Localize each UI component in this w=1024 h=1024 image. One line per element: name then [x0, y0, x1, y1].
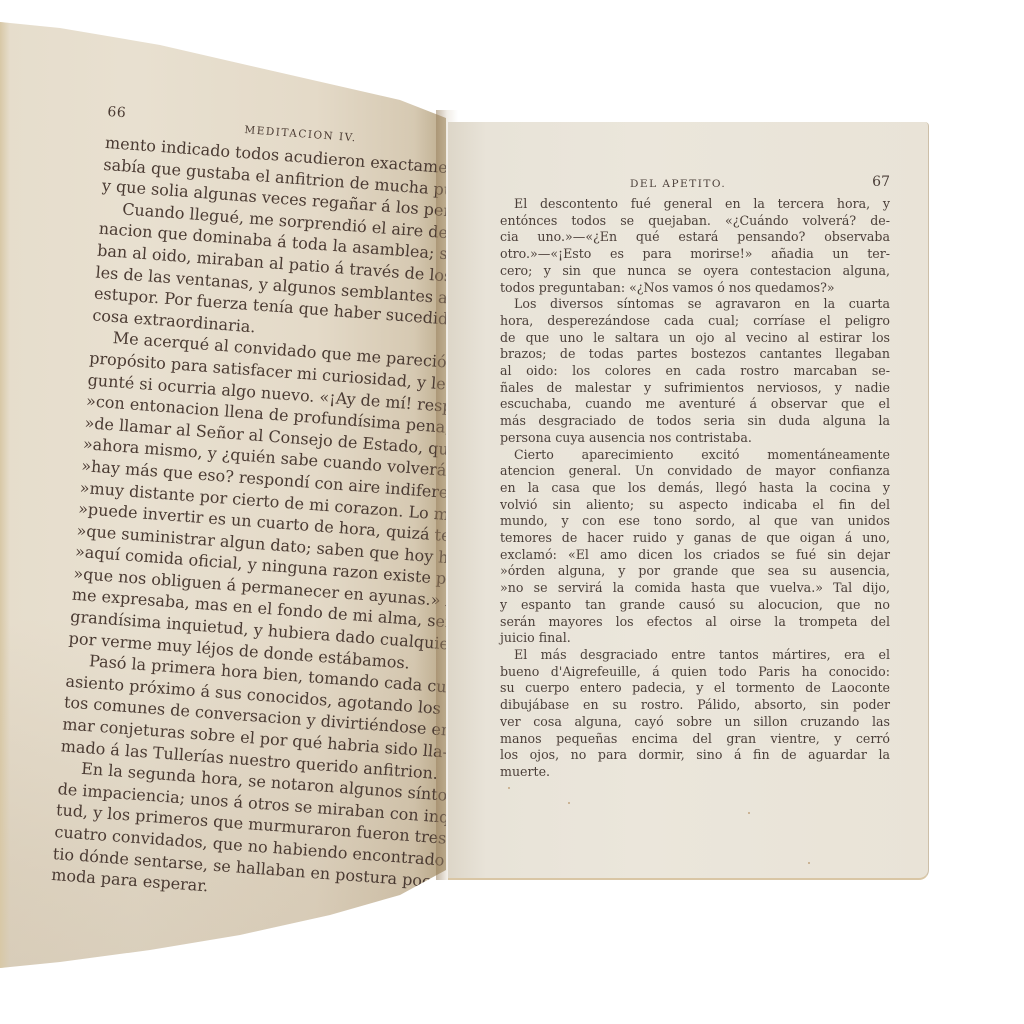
text-line: volvió sin aliento; su aspecto indicaba … — [500, 497, 890, 514]
text-line: otro.»—«¡Esto es para morirse!» añadia u… — [500, 246, 890, 263]
text-line: todos preguntaban: «¿Nos vamos ó nos que… — [500, 280, 890, 297]
text-line: en la casa que los demás, llegó hasta la… — [500, 480, 890, 497]
text-line: muerte. — [500, 764, 890, 781]
text-line: manos pequeñas encima del gran vientre, … — [500, 731, 890, 748]
foxing-speck — [808, 862, 810, 864]
running-head-right: DEL APETITO. — [630, 178, 726, 190]
page-number-right: 67 — [872, 174, 890, 190]
text-line: serán mayores los efectos al oirse la tr… — [500, 614, 890, 631]
text-line: escuchaba, cuando me aventuré á observar… — [500, 396, 890, 413]
right-page: DEL APETITO. 67 El descontento fué gener… — [448, 122, 929, 880]
text-line: más desgraciado de todos seria sin duda … — [500, 413, 890, 430]
text-line: Cierto aparecimiento excitó momentáneame… — [500, 447, 890, 464]
foxing-speck — [508, 787, 510, 789]
text-line: mundo, y con ese tono sordo, al que van … — [500, 513, 890, 530]
text-line: y espanto tan grande causó su alocucion,… — [500, 597, 890, 614]
text-line: dibujábase en su rostro. Pálido, absorto… — [500, 697, 890, 714]
text-line: »no se servirá la comida hasta que vuelv… — [500, 580, 890, 597]
text-line: persona cuya ausencia nos contristaba. — [500, 430, 890, 447]
text-line: El más desgraciado entre tantos mártires… — [500, 647, 890, 664]
text-line: los ojos, no para dormir, sino á fin de … — [500, 747, 890, 764]
foxing-speck — [748, 812, 750, 814]
left-page: 66 MEDITACION IV. mento indicado todos a… — [0, 0, 450, 1024]
text-line: hora, desperezándose cada cual; corríase… — [500, 313, 890, 330]
foxing-speck — [568, 802, 570, 804]
text-line: juicio final. — [500, 630, 890, 647]
text-line: exclamó: «El amo dicen los criados se fu… — [500, 547, 890, 564]
text-line: cia uno.»—«¿En qué estará pensando? obse… — [500, 229, 890, 246]
text-line: brazos; de todas partes bostezos cantant… — [500, 346, 890, 363]
page-number-left: 66 — [107, 104, 127, 121]
left-page-body: mento indicado todos acudieron exactamen… — [51, 132, 441, 910]
left-page-text-block: 66 MEDITACION IV. mento indicado todos a… — [51, 104, 444, 910]
text-line: atencion general. Un convidado de mayor … — [500, 463, 890, 480]
text-line: Los diversos síntomas se agravaron en la… — [500, 296, 890, 313]
text-line: de que uno le saltara un ojo al vecino a… — [500, 330, 890, 347]
text-line: bueno d'Aigrefeuille, á quien todo Paris… — [500, 664, 890, 681]
text-line: cero; y sin que nunca se oyera contestac… — [500, 263, 890, 280]
text-line: »órden alguna, y por grande que sea su a… — [500, 563, 890, 580]
text-line: temores de hacer ruido y ganas de que oi… — [500, 530, 890, 547]
text-line: entónces todos se quejaban. «¿Cuándo vol… — [500, 213, 890, 230]
right-page-body: El descontento fué general en la tercera… — [500, 196, 890, 781]
text-line: ñales de malestar y sufrimientos nervios… — [500, 380, 890, 397]
right-page-header: DEL APETITO. 67 — [500, 174, 890, 194]
right-page-text-block: DEL APETITO. 67 El descontento fué gener… — [500, 174, 890, 781]
text-line: al oido: los colores en cada rostro marc… — [500, 363, 890, 380]
running-head-left: MEDITACION IV. — [244, 124, 357, 144]
text-line: ver cosa alguna, cayó sobre un sillon cr… — [500, 714, 890, 731]
text-line: El descontento fué general en la tercera… — [500, 196, 890, 213]
text-line: su cuerpo entero padecia, y el tormento … — [500, 680, 890, 697]
